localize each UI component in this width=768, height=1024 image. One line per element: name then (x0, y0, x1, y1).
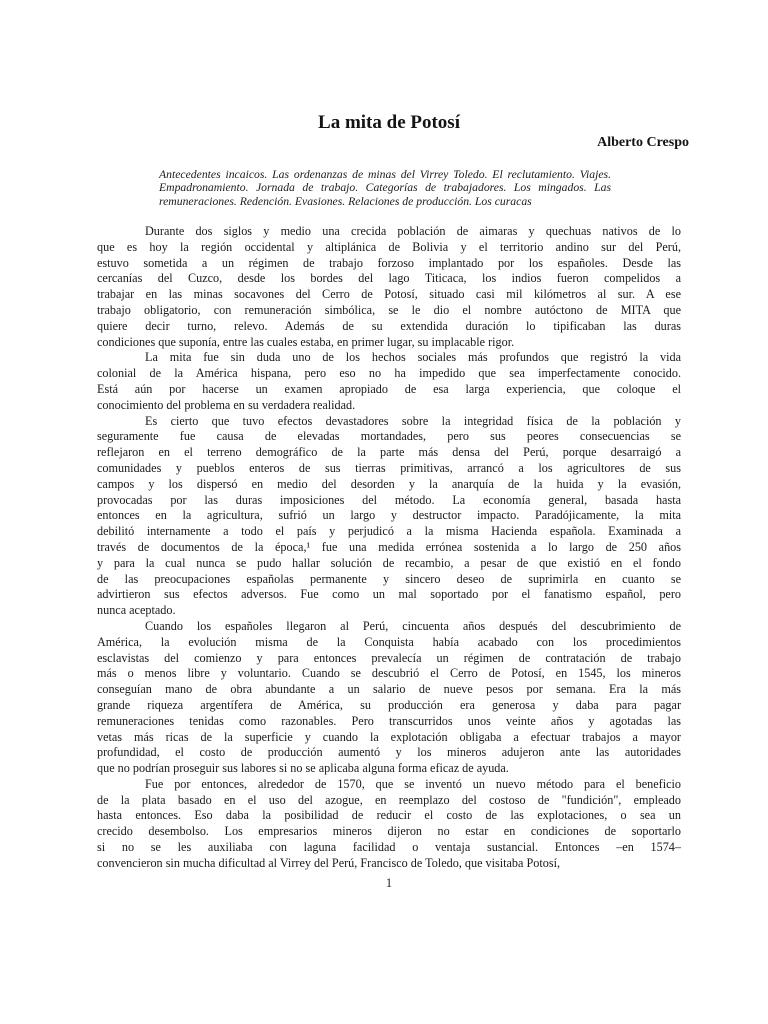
abstract-line: Antecedentes incaicos. Las ordenanzas de… (159, 168, 611, 181)
text-line: cercanías del Cuzco, desde los bordes de… (97, 271, 681, 287)
text-line: campos y los dispersó en medio del desor… (97, 477, 681, 493)
text-line: si no se les auxiliaba con laguna facili… (97, 840, 681, 856)
text-line: hasta entonces. Eso daba la posibilidad … (97, 808, 681, 824)
text-line: vetas más ricas de la superficie y cuand… (97, 730, 681, 746)
text-line: trabajo obligatorio, con remuneración si… (97, 303, 681, 319)
document-author: Alberto Crespo (97, 134, 689, 152)
abstract-line: Empadronamiento. Jornada de trabajo. Cat… (159, 181, 611, 194)
text-line: estuvo sometida a un régimen de trabajo … (97, 256, 681, 272)
text-line: que es hoy la región occidental y altipl… (97, 240, 681, 256)
text-line: Fue por entonces, alrededor de 1570, que… (97, 777, 681, 793)
text-line: América, la evolución misma de la Conqui… (97, 635, 681, 651)
text-line: quiere decir turno, relevo. Además de su… (97, 319, 681, 335)
text-line: entonces en la agricultura, sufrió un la… (97, 508, 681, 524)
text-line: conocimiento del problema en su verdader… (97, 398, 681, 414)
text-line: Está aún por hacerse un examen apropiado… (97, 382, 681, 398)
text-line: provocadas por las duras imposiciones de… (97, 493, 681, 509)
text-line: Es cierto que tuvo efectos devastadores … (97, 414, 681, 430)
document-body: Durante dos siglos y medio una crecida p… (97, 224, 681, 872)
text-line: La mita fue sin duda uno de los hechos s… (97, 350, 681, 366)
document-abstract: Antecedentes incaicos. Las ordenanzas de… (159, 168, 611, 208)
text-line: profundidad, el costo de producción aume… (97, 745, 681, 761)
text-line: esclavistas del comienzo y para entonces… (97, 651, 681, 667)
document-page: La mita de Potosí Alberto Crespo Anteced… (0, 0, 768, 1024)
text-line: condiciones que suponía, entre las cuale… (97, 335, 681, 351)
text-line: conseguían mano de obra abundante a un s… (97, 682, 681, 698)
text-line: más o menos libre y voluntario. Cuando s… (97, 666, 681, 682)
text-line: convencieron sin mucha dificultad al Vir… (97, 856, 681, 872)
text-line: y para la cual nunca se pudo hallar solu… (97, 556, 681, 572)
text-line: crecido desembolso. Los empresarios mine… (97, 824, 681, 840)
text-line: nunca aceptado. (97, 603, 681, 619)
text-line: de las preocupaciones españolas permanen… (97, 572, 681, 588)
text-line: seguramente fue causa de elevadas mortan… (97, 429, 681, 445)
text-line: trabajar en las minas socavones del Cerr… (97, 287, 681, 303)
document-title: La mita de Potosí (97, 112, 681, 134)
text-line: colonial de la América hispana, pero eso… (97, 366, 681, 382)
page-number: 1 (97, 876, 681, 891)
text-line: advirtieron sus efectos adversos. Fue co… (97, 587, 681, 603)
text-line: remuneraciones tenidas como razonables. … (97, 714, 681, 730)
text-line: Cuando los españoles llegaron al Perú, c… (97, 619, 681, 635)
text-line: comunidades y pueblos enteros de sus tie… (97, 461, 681, 477)
text-line: reflejaron en el terreno demográfico de … (97, 445, 681, 461)
text-line: de la plata basado en el uso del azogue,… (97, 793, 681, 809)
text-line: través de documentos de la época,¹ fue u… (97, 540, 681, 556)
text-line: grande riqueza argentífera de América, s… (97, 698, 681, 714)
text-line: Durante dos siglos y medio una crecida p… (97, 224, 681, 240)
text-line: debilitó internamente a todo el país y p… (97, 524, 681, 540)
abstract-line: remuneraciones. Redención. Evasiones. Re… (159, 195, 611, 208)
text-line: que no podrían proseguir sus labores si … (97, 761, 681, 777)
